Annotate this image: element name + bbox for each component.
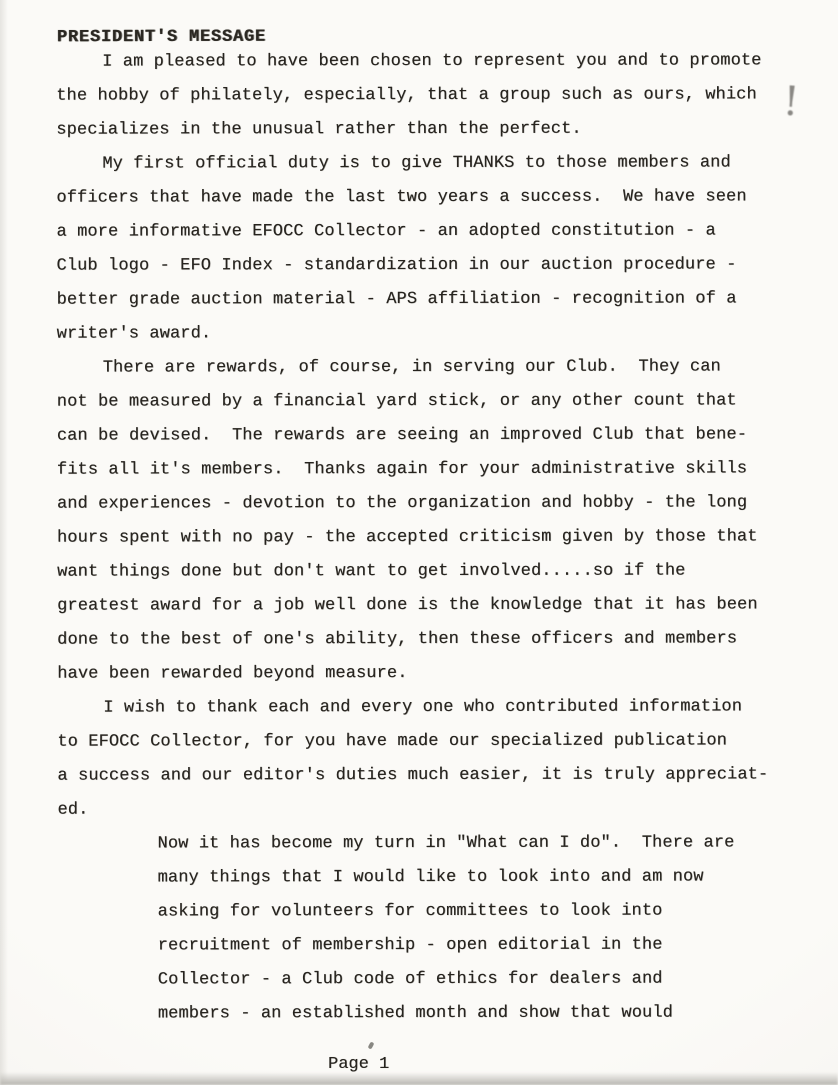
paragraph: Now it has become my turn in "What can I…: [58, 826, 798, 1031]
paragraph: I wish to thank each and every one who c…: [57, 690, 797, 827]
document-body: I am pleased to have been chosen to repr…: [56, 44, 798, 1031]
text-line: greatest award for a job well done is th…: [57, 588, 797, 623]
text-line: specializes in the unusual rather than t…: [56, 112, 796, 147]
text-line: Collector - a Club code of ethics for de…: [58, 962, 798, 997]
scan-artifact-mark: !: [781, 74, 801, 131]
text-line: ed.: [57, 792, 797, 827]
text-line: There are rewards, of course, in serving…: [57, 350, 797, 385]
text-line: better grade auction material - APS affi…: [57, 282, 797, 317]
text-line: officers that have made the last two yea…: [56, 180, 796, 215]
text-line: many things that I would like to look in…: [58, 860, 798, 895]
text-line: members - an established month and show …: [58, 996, 798, 1031]
scan-edge-band: [0, 1072, 838, 1085]
paragraph: There are rewards, of course, in serving…: [57, 350, 798, 691]
text-line: the hobby of philately, especially, that…: [56, 78, 796, 113]
scan-artifact-tick: [368, 1041, 375, 1049]
scan-edge-shadow: [0, 0, 8, 1085]
paragraph: I am pleased to have been chosen to repr…: [56, 44, 796, 147]
text-line: done to the best of one's ability, then …: [57, 622, 797, 657]
text-line: I wish to thank each and every one who c…: [57, 690, 797, 725]
text-line: My first official duty is to give THANKS…: [56, 146, 796, 181]
text-line: I am pleased to have been chosen to repr…: [56, 44, 796, 79]
text-line: have been rewarded beyond measure.: [57, 656, 797, 691]
text-line: a success and our editor's duties much e…: [57, 758, 797, 793]
paragraph: My first official duty is to give THANKS…: [56, 146, 796, 351]
text-line: to EFOCC Collector, for you have made ou…: [57, 724, 797, 759]
text-line: recruitment of membership - open editori…: [58, 928, 798, 963]
text-line: and experiences - devotion to the organi…: [57, 486, 797, 521]
text-line: asking for volunteers for committees to …: [58, 894, 798, 929]
text-line: fits all it's members. Thanks again for …: [57, 452, 797, 487]
text-line: Club logo - EFO Index - standardization …: [56, 248, 796, 283]
text-line: can be devised. The rewards are seeing a…: [57, 418, 797, 453]
text-line: not be measured by a financial yard stic…: [57, 384, 797, 419]
text-line: hours spent with no pay - the accepted c…: [57, 520, 797, 555]
text-line: Now it has become my turn in "What can I…: [58, 826, 798, 861]
text-line: want things done but don't want to get i…: [57, 554, 797, 589]
text-line: writer's award.: [57, 316, 797, 351]
document-page: PRESIDENT'S MESSAGE I am pleased to have…: [0, 0, 838, 1085]
text-line: a more informative EFOCC Collector - an …: [56, 214, 796, 249]
